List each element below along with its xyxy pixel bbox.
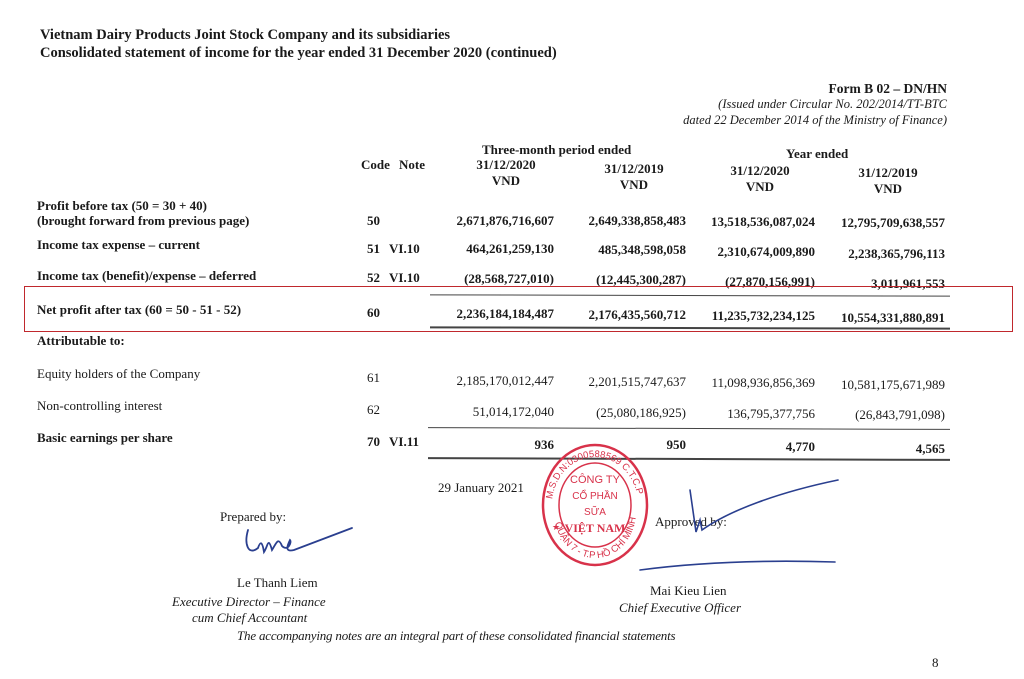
column-header-note: Note (399, 157, 425, 173)
page-number: 8 (932, 655, 939, 671)
signoff-date: 29 January 2021 (438, 480, 524, 496)
column-group-year: Year ended (786, 146, 848, 162)
stamp-line2: CỔ PHẦN (572, 489, 618, 502)
row-value: 11,098,936,856,369 (711, 375, 815, 391)
column-header-period-date: 31/12/2020 (466, 157, 546, 173)
approver-signature (620, 470, 850, 580)
row-label: Income tax expense – current (37, 237, 200, 253)
row-value: 485,348,598,058 (598, 242, 686, 258)
preparer-signature (240, 522, 360, 562)
stamp-line1: CÔNG TY (570, 473, 621, 486)
preparer-name: Le Thanh Liem (237, 575, 318, 591)
circular-reference-line2: dated 22 December 2014 of the Ministry o… (683, 113, 947, 128)
row-value: 10,554,331,880,891 (841, 310, 945, 326)
row-label: Basic earnings per share (37, 430, 173, 446)
approver-name: Mai Kieu Lien (650, 583, 727, 599)
row-value: 2,176,435,560,712 (589, 307, 687, 323)
row-value: 464,261,259,130 (466, 241, 554, 257)
total-rule (428, 457, 950, 461)
row-value: 2,236,184,184,487 (457, 306, 555, 322)
footer-note: The accompanying notes are an integral p… (237, 628, 675, 644)
row-label: Non-controlling interest (37, 398, 162, 414)
row-label: Net profit after tax (60 = 50 - 51 - 52) (37, 302, 241, 318)
column-header-code: Code (361, 157, 390, 173)
column-header-period-unit: VND (848, 181, 928, 197)
row-value: (25,080,186,925) (596, 405, 686, 421)
row-code: 61 (367, 370, 397, 386)
column-group-three-month: Three-month period ended (482, 142, 631, 158)
row-code: 62 (367, 402, 397, 418)
row-note: VI.10 (389, 270, 420, 286)
row-value: 4,565 (916, 441, 945, 457)
column-header-period-date: 31/12/2019 (848, 165, 928, 181)
statement-title: Consolidated statement of income for the… (40, 45, 557, 62)
row-value: 13,518,536,087,024 (711, 214, 815, 230)
row-note: VI.10 (389, 241, 420, 257)
row-code: 60 (367, 305, 397, 321)
stamp-line3: SỮA (584, 505, 606, 518)
row-value: 2,185,170,012,447 (457, 373, 555, 389)
column-header-period-date: 31/12/2020 (720, 163, 800, 179)
row-value: 136,795,377,756 (727, 406, 815, 422)
row-value: 2,310,674,009,890 (718, 244, 816, 260)
approver-title: Chief Executive Officer (619, 600, 741, 616)
row-label: Equity holders of the Company (37, 366, 200, 382)
preparer-title: Executive Director – Finance (172, 594, 326, 610)
preparer-title-continued: cum Chief Accountant (192, 610, 307, 626)
column-header-period-date: 31/12/2019 (594, 161, 674, 177)
row-value: 12,795,709,638,557 (841, 215, 945, 231)
circular-reference-line1: (Issued under Circular No. 202/2014/TT-B… (718, 97, 947, 112)
column-header-period-unit: VND (466, 173, 546, 189)
company-name: Vietnam Dairy Products Joint Stock Compa… (40, 27, 450, 44)
column-header-period-unit: VND (594, 177, 674, 193)
row-value: 4,770 (786, 439, 815, 455)
row-value: (26,843,791,098) (855, 407, 945, 423)
row-value: 2,649,338,858,483 (589, 213, 687, 229)
row-label-continued: (brought forward from previous page) (37, 213, 249, 229)
row-value: 2,238,365,796,113 (848, 246, 945, 262)
row-value: (28,568,727,010) (464, 271, 554, 287)
row-value: 10,581,175,671,989 (841, 377, 945, 393)
subtotal-rule (428, 427, 950, 430)
row-label: Profit before tax (50 = 30 + 40) (37, 198, 207, 214)
row-note: VI.11 (389, 434, 419, 450)
row-value: 11,235,732,234,125 (712, 308, 815, 324)
row-value: 950 (667, 437, 687, 453)
form-number: Form B 02 – DN/HN (829, 81, 948, 97)
row-value: 2,201,515,747,637 (589, 374, 687, 390)
row-value: 2,671,876,716,607 (457, 213, 555, 229)
row-label: Income tax (benefit)/expense – deferred (37, 268, 256, 284)
stamp-star-icon: ★ (552, 522, 560, 532)
row-value: 51,014,172,040 (473, 404, 554, 420)
stamp-line4: VIỆT NAM (565, 521, 626, 535)
column-header-period-unit: VND (720, 179, 800, 195)
row-code: 50 (367, 213, 397, 229)
section-label-attributable: Attributable to: (37, 333, 125, 349)
